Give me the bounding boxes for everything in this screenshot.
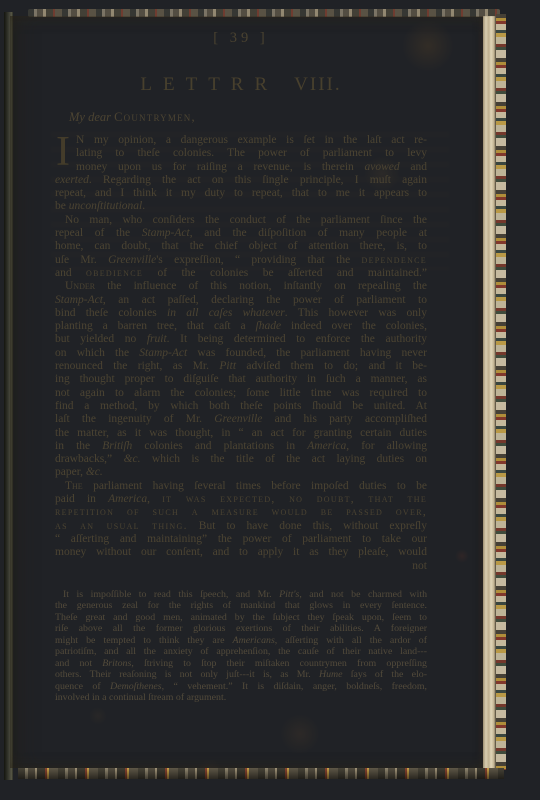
text-line: drawbacks,” &c. which is the title of th…	[55, 453, 427, 466]
text-segment: involved in a continual ſtream of argume…	[55, 692, 226, 703]
catchword: not	[55, 560, 427, 573]
text-segment: and	[400, 161, 427, 173]
text-line: It is impoſſible to read this ſpeech, an…	[55, 589, 427, 601]
text-line: renounced the right, as Mr. Pitt adviſed…	[55, 360, 427, 373]
text-segment: Stamp-Act	[139, 347, 187, 359]
text-line: ing thought proper to diſguiſe that auth…	[55, 373, 427, 386]
text-segment: ſhade	[256, 320, 282, 332]
text-segment: Pitt's	[279, 589, 299, 600]
text-segment: ſays of the elo-	[343, 669, 427, 680]
text-segment: repeat, and I think it my duty to repeat…	[55, 187, 427, 199]
text-segment: was founded, the parliament having never	[187, 347, 427, 359]
text-segment: “ aſſerting and maintaining” the power o…	[55, 533, 427, 545]
text-segment: and his party accompliſhed	[262, 413, 427, 425]
text-line: money upon us for raiſing a revenue, is …	[55, 161, 427, 174]
text-line: be unconſtitutional.	[55, 200, 427, 213]
page-number: [ 39 ]	[55, 28, 427, 48]
text-segment: uſe Mr.	[55, 254, 108, 266]
text-line: repeal of the Stamp-Act, and the diſpoſi…	[55, 227, 427, 240]
text-line: No man, who conſiders the conduct of the…	[55, 214, 427, 227]
text-segment: , ſtriving to ſtop their miſtaken countr…	[131, 658, 427, 669]
text-line: and not Britons, ſtriving to ſtop their …	[55, 658, 427, 670]
screenshot-root: { "page_number": "[ 39 ]", "heading": { …	[0, 0, 540, 800]
text-segment: Demoſthenes	[110, 681, 162, 692]
text-segment: find a method, by which both theſe point…	[55, 400, 427, 412]
text-segment: . It being determined to enforce the aut…	[167, 333, 427, 345]
book-page: [ 39 ] LETTRRVIII. My dear Countrymen, I…	[10, 16, 483, 768]
text-segment: paid in	[55, 493, 108, 505]
text-segment: drawbacks,”	[55, 453, 124, 465]
text-segment: Under	[65, 280, 95, 292]
text-segment: be	[55, 200, 69, 212]
text-line: might be tempted to think they are Ameri…	[55, 635, 427, 647]
text-segment: , and the diſpoſition of many people at	[190, 227, 427, 239]
text-line: repeat, and I think it my duty to repeat…	[55, 187, 427, 200]
text-segment: Greenville	[214, 413, 262, 425]
letter-heading-numeral: VIII.	[294, 74, 341, 95]
text-line: but yielded no fruit. It being determine…	[55, 333, 427, 346]
text-line: The parliament having ſeveral times befo…	[55, 480, 427, 493]
text-segment: Stamp-Act	[55, 294, 103, 306]
text-line: in the Britiſh colonies and plantations …	[55, 440, 427, 453]
text-segment: &c.	[86, 466, 103, 478]
text-segment: unconſtitutional	[69, 200, 142, 212]
text-segment: America	[108, 493, 147, 505]
text-segment: .	[142, 200, 145, 212]
text-line: N my opinion, a dangerous example is ſet…	[55, 134, 427, 147]
text-segment: But to have done this, without expreſly	[188, 520, 427, 532]
text-line: laſt the ingenuity of Mr. Greenville and…	[55, 413, 427, 426]
leaf-edge-lines	[483, 16, 496, 770]
text-segment: in the	[55, 440, 102, 452]
text-line: the generous zeal for the rights of mank…	[55, 600, 427, 612]
text-line: bind theſe colonies in all caſes whateve…	[55, 307, 427, 320]
text-segment: bind theſe colonies	[55, 307, 167, 319]
text-segment: Britiſh	[102, 440, 132, 452]
text-line: repetition of such a measure would be pa…	[55, 506, 427, 519]
text-line: riſe above all the former glorious exert…	[55, 623, 427, 635]
text-segment: might be tempted to think they are	[55, 635, 233, 646]
text-segment: but yielded no	[55, 333, 147, 345]
paragraph: The parliament having ſeveral times befo…	[55, 480, 427, 560]
text-segment: others. Their reaſoning is not only juſt…	[55, 669, 319, 680]
text-segment: quence of	[55, 681, 110, 692]
text-segment: Theſe great and good men, animated by th…	[55, 612, 427, 623]
text-segment: , “ vehement.” It is diſdain, anger, bol…	[162, 681, 427, 692]
text-segment: The	[65, 480, 83, 492]
text-segment: which is the title of the act laying dut…	[141, 453, 428, 465]
text-segment: &c.	[124, 453, 141, 465]
text-line: on which the Stamp-Act was founded, the …	[55, 347, 427, 360]
text-segment: parliament having ſeveral times before i…	[83, 480, 427, 492]
text-segment: avowed	[365, 161, 400, 173]
text-segment: renounced the right, as Mr.	[55, 360, 219, 372]
text-segment: repeal of the	[55, 227, 142, 239]
text-segment: America	[307, 440, 346, 452]
text-segment: planting a barren tree, that caſt a	[55, 320, 256, 332]
text-segment: in all caſes whatever	[167, 307, 285, 319]
footnote: It is impoſſible to read this ſpeech, an…	[55, 589, 427, 704]
text-segment: patriotiſm, and all the anxiety of appre…	[55, 646, 427, 657]
text-segment: , for allowing	[346, 440, 427, 452]
text-segment: My dear	[69, 110, 114, 124]
text-line: “ aſſerting and maintaining” the power o…	[55, 533, 427, 546]
text-line: uſe Mr. Greenville's expreſſion, “ provi…	[55, 254, 427, 267]
text-line: find a method, by which both theſe point…	[55, 400, 427, 413]
letter-heading: LETTRRVIII.	[55, 73, 427, 97]
text-segment: Countrymen,	[114, 110, 196, 124]
text-segment: repetition of such a measure would be pa…	[55, 506, 427, 518]
text-segment: No man, who conſiders the conduct of the…	[65, 214, 427, 226]
letter-heading-word: LETTRR	[140, 74, 278, 95]
text-segment: fruit	[147, 333, 167, 345]
text-segment: indeed over the colonies,	[281, 320, 427, 332]
text-segment: , aſſerting with all the ardor of	[275, 635, 427, 646]
text-segment: the influence of this notion, inſtantly …	[95, 280, 427, 292]
page-block-bottom-edge	[18, 768, 504, 779]
text-segment: N my opinion, a dangerous example is ſet…	[76, 134, 427, 146]
text-line: involved in a continual ſtream of argume…	[55, 692, 427, 704]
text-segment: adviſed them to do; and it be-	[236, 360, 427, 372]
text-line: home, can doubt, that the chief object o…	[55, 240, 427, 253]
text-segment: home, can doubt, that the chief object o…	[55, 240, 427, 252]
text-line: as an usual thing. But to have done this…	[55, 520, 427, 533]
text-line: Theſe great and good men, animated by th…	[55, 612, 427, 624]
text-segment: of the colonies be aſſerted and maintain…	[143, 267, 427, 279]
letter-body: IN my opinion, a dangerous example is ſe…	[55, 134, 427, 560]
text-segment: It is impoſſible to read this ſpeech, an…	[63, 589, 279, 600]
text-segment: exerted	[55, 174, 89, 186]
text-segment: money upon us for raiſing a revenue, is …	[76, 161, 365, 173]
text-segment: and not	[55, 658, 102, 669]
text-line: exerted. Regarding the act on this ſingl…	[55, 174, 427, 187]
paragraph: IN my opinion, a dangerous example is ſe…	[55, 134, 427, 214]
text-segment: on which the	[55, 347, 139, 359]
text-segment: and	[55, 267, 86, 279]
text-segment: the generous zeal for the rights of mank…	[55, 600, 427, 611]
text-line: lating to theſe colonies. The power of p…	[55, 147, 427, 160]
text-segment: lating to theſe colonies. The power of p…	[76, 147, 427, 159]
text-segment: as an usual thing.	[55, 520, 188, 532]
text-line: Stamp-Act, an act paſſed, declaring the …	[55, 294, 427, 307]
text-segment: the matter, as it was thought, in “ an a…	[55, 427, 427, 439]
text-segment: dependence	[362, 254, 427, 266]
text-line: Under the influence of this notion, inſt…	[55, 280, 427, 293]
text-column: [ 39 ] LETTRRVIII. My dear Countrymen, I…	[55, 16, 427, 704]
text-segment: Americans	[233, 635, 275, 646]
text-segment: Pitt	[219, 360, 236, 372]
text-segment: , and not be charmed with	[299, 589, 427, 600]
text-segment: . This however was only	[285, 307, 427, 319]
paragraph: Under the influence of this notion, inſt…	[55, 280, 427, 479]
text-line: others. Their reaſoning is not only juſt…	[55, 669, 427, 681]
marbled-fore-edge	[496, 14, 506, 770]
text-segment: Hume	[319, 669, 343, 680]
salutation: My dear Countrymen,	[55, 110, 427, 124]
text-segment: 's expreſſion, “ providing that the	[156, 254, 361, 266]
text-line: paper, &c.	[55, 466, 427, 479]
text-segment: . Regarding the act on this ſingle princ…	[89, 174, 427, 186]
text-segment: Greenville	[108, 254, 156, 266]
text-segment: obedience	[86, 267, 143, 279]
text-segment: colonies and plantations in	[132, 440, 307, 452]
text-segment: Stamp-Act	[142, 227, 190, 239]
text-line: the matter, as it was thought, in “ an a…	[55, 427, 427, 440]
text-line: and obedience of the colonies be aſſerte…	[55, 267, 427, 280]
text-segment: Britons	[102, 658, 131, 669]
paragraph: No man, who conſiders the conduct of the…	[55, 214, 427, 280]
text-segment: ,	[147, 493, 162, 505]
text-segment: , an act paſſed, declaring the power of …	[103, 294, 427, 306]
text-line: not again to alarm the colonies; ſome li…	[55, 387, 427, 400]
text-segment: riſe above all the former glorious exert…	[55, 623, 427, 634]
text-line: paid in America, it was expected, no dou…	[55, 493, 427, 506]
text-line: money without our conſent, and to apply …	[55, 546, 427, 559]
text-segment: not again to alarm the colonies; ſome li…	[55, 387, 427, 399]
text-segment: laſt the ingenuity of Mr.	[55, 413, 214, 425]
text-segment: money without our conſent, and to apply …	[55, 546, 427, 558]
text-segment: paper,	[55, 466, 86, 478]
drop-cap: I	[55, 134, 76, 173]
text-line: planting a barren tree, that caſt a ſhad…	[55, 320, 427, 333]
text-line: patriotiſm, and all the anxiety of appre…	[55, 646, 427, 658]
text-line: quence of Demoſthenes, “ vehement.” It i…	[55, 681, 427, 693]
text-segment: it was expected, no doubt, that the	[162, 493, 427, 505]
text-segment: ing thought proper to diſguiſe that auth…	[55, 373, 427, 385]
